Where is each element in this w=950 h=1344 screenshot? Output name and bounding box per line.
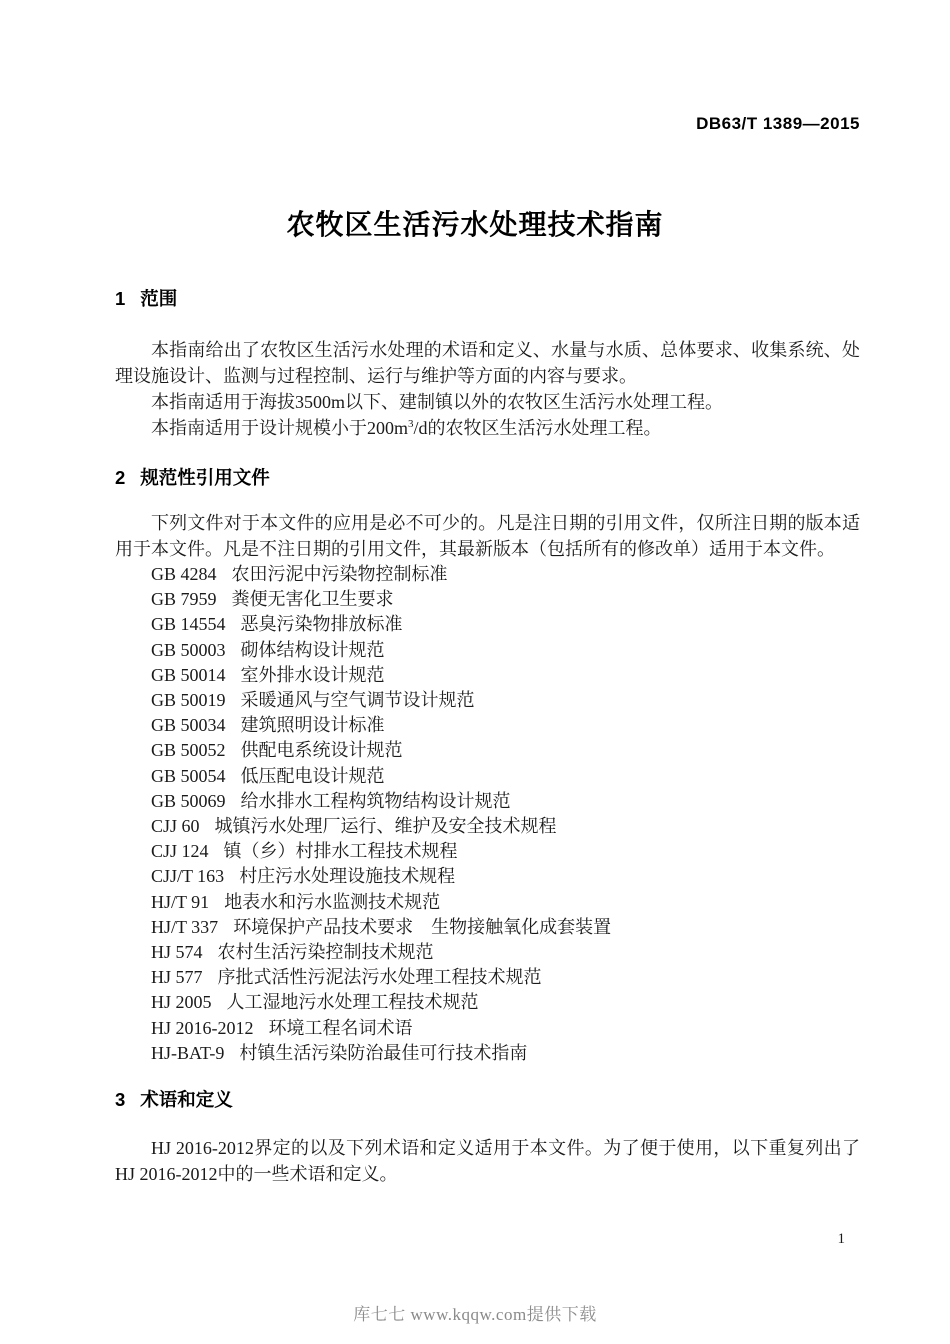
reference-name: 人工湿地污水处理工程技术规范 xyxy=(227,992,479,1012)
section-title: 范围 xyxy=(140,288,177,309)
reference-name: 室外排水设计规范 xyxy=(241,665,385,685)
reference-code: HJ-BAT-9 xyxy=(151,1043,224,1063)
list-item: HJ 2016-2012环境工程名词术语 xyxy=(115,1016,860,1041)
list-item: CJJ/T 163村庄污水处理设施技术规程 xyxy=(115,864,860,889)
paragraph-text: 本指南适用于设计规模小于200m xyxy=(151,418,408,438)
list-item: GB 50054低压配电设计规范 xyxy=(115,764,860,789)
list-item: GB 50014室外排水设计规范 xyxy=(115,663,860,688)
paragraph: 本指南适用于设计规模小于200m3/d的农牧区生活污水处理工程。 xyxy=(115,415,860,441)
list-item: HJ/T 91地表水和污水监测技术规范 xyxy=(115,890,860,915)
reference-code: HJ 574 xyxy=(151,942,203,962)
section-heading-scope: 1范围 xyxy=(115,287,860,310)
reference-name: 城镇污水处理厂运行、维护及安全技术规程 xyxy=(215,816,557,836)
section-heading-terms: 3术语和定义 xyxy=(115,1088,860,1111)
document-body: 1范围 本指南给出了农牧区生活污水处理的术语和定义、水量与水质、总体要求、收集系… xyxy=(115,287,860,1187)
reference-code: GB 4284 xyxy=(151,564,217,584)
reference-code: GB 7959 xyxy=(151,589,217,609)
list-item: GB 50052供配电系统设计规范 xyxy=(115,738,860,763)
list-item: GB 14554恶臭污染物排放标准 xyxy=(115,612,860,637)
doc-number: DB63/T 1389—2015 xyxy=(696,114,860,134)
reference-name: 粪便无害化卫生要求 xyxy=(232,589,394,609)
reference-name: 村镇生活污染防治最佳可行技术指南 xyxy=(239,1043,527,1063)
section-heading-references: 2规范性引用文件 xyxy=(115,466,860,489)
references-intro: 下列文件对于本文件的应用是必不可少的。凡是注日期的引用文件，仅所注日期的版本适用… xyxy=(115,510,860,562)
list-item: HJ 2005人工湿地污水处理工程技术规范 xyxy=(115,990,860,1015)
reference-code: GB 50019 xyxy=(151,690,226,710)
reference-code: CJJ 124 xyxy=(151,841,209,861)
paragraph: 下列文件对于本文件的应用是必不可少的。凡是注日期的引用文件，仅所注日期的版本适用… xyxy=(115,510,860,562)
reference-code: GB 50052 xyxy=(151,740,226,760)
list-item: HJ 577序批式活性污泥法污水处理工程技术规范 xyxy=(115,965,860,990)
scope-paragraphs: 本指南给出了农牧区生活污水处理的术语和定义、水量与水质、总体要求、收集系统、处理… xyxy=(115,337,860,441)
section-number: 2 xyxy=(115,466,125,489)
reference-name: 镇（乡）村排水工程技术规程 xyxy=(224,841,458,861)
list-item: GB 7959粪便无害化卫生要求 xyxy=(115,587,860,612)
paragraph: HJ 2016-2012界定的以及下列术语和定义适用于本文件。为了便于使用，以下… xyxy=(115,1135,860,1187)
paragraph: 本指南适用于海拔3500m以下、建制镇以外的农牧区生活污水处理工程。 xyxy=(115,389,860,415)
section-title: 术语和定义 xyxy=(140,1089,233,1110)
section-number: 3 xyxy=(115,1088,125,1111)
section-number: 1 xyxy=(115,287,125,310)
list-item: HJ/T 337环境保护产品技术要求 生物接触氧化成套装置 xyxy=(115,915,860,940)
reference-code: HJ/T 337 xyxy=(151,917,218,937)
reference-name: 低压配电设计规范 xyxy=(241,766,385,786)
paragraph-text: /d的农牧区生活污水处理工程。 xyxy=(414,418,662,438)
reference-code: CJJ 60 xyxy=(151,816,200,836)
reference-code: HJ/T 91 xyxy=(151,892,209,912)
terms-intro: HJ 2016-2012界定的以及下列术语和定义适用于本文件。为了便于使用，以下… xyxy=(115,1135,860,1187)
reference-name: 建筑照明设计标准 xyxy=(241,715,385,735)
section-title: 规范性引用文件 xyxy=(140,467,270,488)
list-item: GB 50034建筑照明设计标准 xyxy=(115,713,860,738)
reference-name: 供配电系统设计规范 xyxy=(241,740,403,760)
reference-name: 农村生活污染控制技术规范 xyxy=(218,942,434,962)
list-item: GB 4284农田污泥中污染物控制标准 xyxy=(115,562,860,587)
list-item: CJJ 60城镇污水处理厂运行、维护及安全技术规程 xyxy=(115,814,860,839)
reference-code: HJ 2016-2012 xyxy=(151,1018,254,1038)
reference-code: GB 50034 xyxy=(151,715,226,735)
reference-name: 地表水和污水监测技术规范 xyxy=(224,892,440,912)
page-number: 1 xyxy=(838,1231,846,1248)
list-item: CJJ 124镇（乡）村排水工程技术规程 xyxy=(115,839,860,864)
list-item: GB 50003砌体结构设计规范 xyxy=(115,638,860,663)
reference-name: 序批式活性污泥法污水处理工程技术规范 xyxy=(218,967,542,987)
reference-code: GB 14554 xyxy=(151,614,226,634)
reference-name: 砌体结构设计规范 xyxy=(241,640,385,660)
reference-code: GB 50054 xyxy=(151,766,226,786)
reference-code: GB 50003 xyxy=(151,640,226,660)
reference-name: 村庄污水处理设施技术规程 xyxy=(239,866,455,886)
paragraph: 本指南给出了农牧区生活污水处理的术语和定义、水量与水质、总体要求、收集系统、处理… xyxy=(115,337,860,389)
reference-list: GB 4284农田污泥中污染物控制标准 GB 7959粪便无害化卫生要求 GB … xyxy=(115,562,860,1066)
list-item: GB 50019采暖通风与空气调节设计规范 xyxy=(115,688,860,713)
reference-code: HJ 2005 xyxy=(151,992,212,1012)
reference-name: 给水排水工程构筑物结构设计规范 xyxy=(241,791,511,811)
reference-name: 农田污泥中污染物控制标准 xyxy=(232,564,448,584)
reference-code: CJJ/T 163 xyxy=(151,866,224,886)
reference-code: HJ 577 xyxy=(151,967,203,987)
reference-name: 环境保护产品技术要求 生物接触氧化成套装置 xyxy=(233,917,611,937)
reference-code: GB 50069 xyxy=(151,791,226,811)
reference-name: 恶臭污染物排放标准 xyxy=(241,614,403,634)
list-item: GB 50069给水排水工程构筑物结构设计规范 xyxy=(115,789,860,814)
reference-code: GB 50014 xyxy=(151,665,226,685)
document-page: DB63/T 1389—2015 农牧区生活污水处理技术指南 1范围 本指南给出… xyxy=(0,0,950,1344)
page-title: 农牧区生活污水处理技术指南 xyxy=(0,203,950,243)
list-item: HJ 574农村生活污染控制技术规范 xyxy=(115,940,860,965)
reference-name: 采暖通风与空气调节设计规范 xyxy=(241,690,475,710)
watermark-footer: 库七七 www.kqqw.com提供下载 xyxy=(0,1300,950,1325)
reference-name: 环境工程名词术语 xyxy=(269,1018,413,1038)
list-item: HJ-BAT-9村镇生活污染防治最佳可行技术指南 xyxy=(115,1041,860,1066)
